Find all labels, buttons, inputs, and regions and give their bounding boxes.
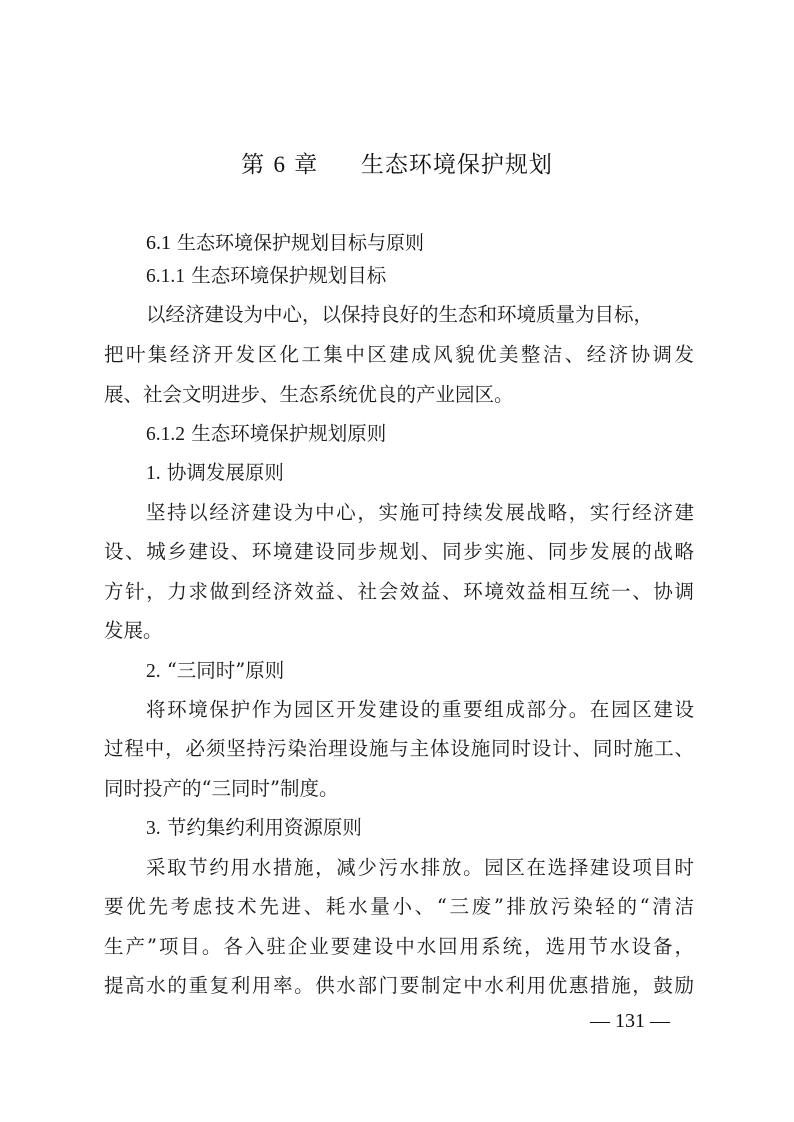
- chapter-suffix: 章: [294, 152, 318, 178]
- paragraph-line: 设、城乡建设、环境建设同步规划、同步实施、同步发展的战略: [104, 534, 694, 570]
- subsection-number: 6.1.2: [146, 424, 185, 445]
- principle-number: 2.: [146, 661, 161, 682]
- principle-number: 1.: [146, 463, 161, 484]
- principle-heading: 2. “三同时”原则: [146, 653, 736, 690]
- paragraph-line: 将环境保护作为园区开发建设的重要组成部分。在园区建设: [146, 692, 694, 728]
- chapter-number: 6: [273, 152, 286, 177]
- paragraph-line: 发展。: [104, 613, 694, 649]
- section-title: 生态环境保护规划目标与原则: [177, 232, 424, 254]
- paragraph-line: 要优先考虑技术先进、耗水量小、“三废”排放污染轻的“清洁: [104, 889, 694, 925]
- page-number: — 131 —: [570, 1010, 690, 1033]
- paragraph-line: 以经济建设为中心，以保持良好的生态和环境质量为目标，: [146, 297, 694, 333]
- principle-heading: 3. 节约集约利用资源原则: [146, 810, 736, 847]
- paragraph-line: 过程中，必须坚持污染治理设施与主体设施同时设计、同时施工、: [104, 731, 694, 767]
- section-heading: 6.1 生态环境保护规划目标与原则: [146, 228, 424, 255]
- paragraph-line: 采取节约用水措施，减少污水排放。园区在选择建设项目时: [146, 850, 694, 886]
- principle-title: 节约集约利用资源原则: [167, 816, 362, 839]
- subsection-title: 生态环境保护规划目标: [191, 264, 386, 287]
- paragraph-line: 把叶集经济开发区化工集中区建成风貌优美整洁、经济协调发: [104, 337, 694, 373]
- chapter-title: 第 6 章 生态环境保护规划: [0, 146, 794, 179]
- paragraph-line: 展、社会文明进步、生态系统优良的产业园区。: [104, 377, 694, 413]
- paragraph-line: 提高水的重复利用率。供水部门要制定中水利用优惠措施，鼓励: [104, 968, 694, 1004]
- chapter-prefix: 第: [241, 152, 265, 178]
- subsection-heading: 6.1.2 生态环境保护规划原则: [146, 416, 736, 453]
- subsection-heading: 6.1.1 生态环境保护规划目标: [146, 258, 736, 295]
- subsection-number: 6.1.1: [146, 266, 185, 287]
- section-number: 6.1: [146, 232, 171, 254]
- subsection-title: 生态环境保护规划原则: [191, 422, 386, 445]
- chapter-title-text: 生态环境保护规划: [361, 152, 553, 178]
- principle-number: 3.: [146, 818, 161, 839]
- principle-title: “三同时”原则: [167, 659, 284, 682]
- principle-heading: 1. 协调发展原则: [146, 455, 736, 492]
- paragraph-line: 方针，力求做到经济效益、社会效益、环境效益相互统一、协调: [104, 574, 694, 610]
- document-page: 第 6 章 生态环境保护规划 6.1 生态环境保护规划目标与原则 6.1.1 生…: [0, 0, 794, 1122]
- paragraph-line: 同时投产的“三同时”制度。: [104, 771, 694, 807]
- paragraph-line: 坚持以经济建设为中心，实施可持续发展战略，实行经济建: [146, 495, 694, 531]
- paragraph-line: 生产”项目。各入驻企业要建设中水回用系统，选用节水设备，: [104, 929, 694, 965]
- principle-title: 协调发展原则: [167, 461, 284, 484]
